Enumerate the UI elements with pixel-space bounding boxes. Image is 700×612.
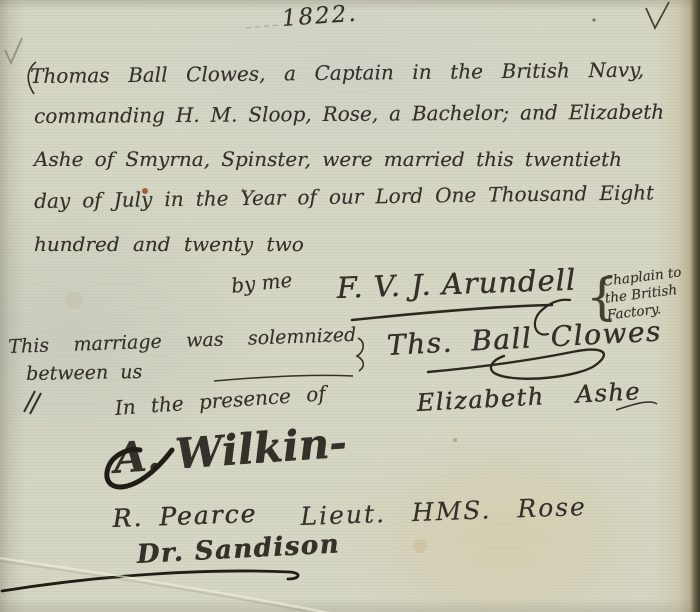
speck (592, 18, 595, 21)
attestation-line-2: between us (26, 361, 142, 385)
witness-title-pearce: Lieut. HMS. Rose (300, 492, 587, 531)
bride-signature: Elizabeth Ashe (416, 377, 642, 417)
speck (453, 438, 457, 442)
stain (413, 539, 427, 553)
pencil-dash (246, 25, 280, 28)
double-slash-mark (24, 391, 41, 414)
presence-label: In the presence of (114, 381, 326, 420)
groom-signature: Ths. Ball Clowes (386, 315, 662, 362)
sandison-flourish (2, 571, 298, 591)
marriage-register-page: 1822. Thomas Ball Clowes, a Captain in t… (0, 0, 700, 612)
witness-signature-sandison: Dr. Sandison (136, 529, 341, 570)
witness-signature-wilkin: A. Wilkin- (112, 418, 348, 483)
by-me-label: by me (230, 268, 293, 298)
record-line-5: hundred and twenty two (34, 232, 304, 256)
checkmark-top-right-icon (646, 2, 669, 28)
attestation-line-1: This marriage was solemnized (8, 324, 357, 358)
record-line-1: Thomas Ball Clowes, a Captain in the Bri… (30, 58, 644, 88)
witness-signature-pearce: R. Pearce (112, 499, 258, 533)
paper-crease-shadow (0, 561, 335, 612)
record-line-2: commanding H. M. Sloop, Rose, a Bachelor… (34, 100, 664, 128)
year-heading: 1822. (281, 1, 358, 32)
record-line-4: day of July in the Year of our Lord One … (34, 180, 654, 213)
officiant-flourish (352, 305, 552, 320)
ditto-line (214, 375, 353, 381)
officiant-signature: F. V. J. Arundell (336, 263, 577, 305)
pencil-checkmark-icon (5, 38, 22, 63)
solemnized-squiggle (357, 338, 363, 371)
record-line-3: Ashe of Smyrna, Spinster, were married t… (34, 147, 622, 171)
stain (65, 291, 83, 309)
